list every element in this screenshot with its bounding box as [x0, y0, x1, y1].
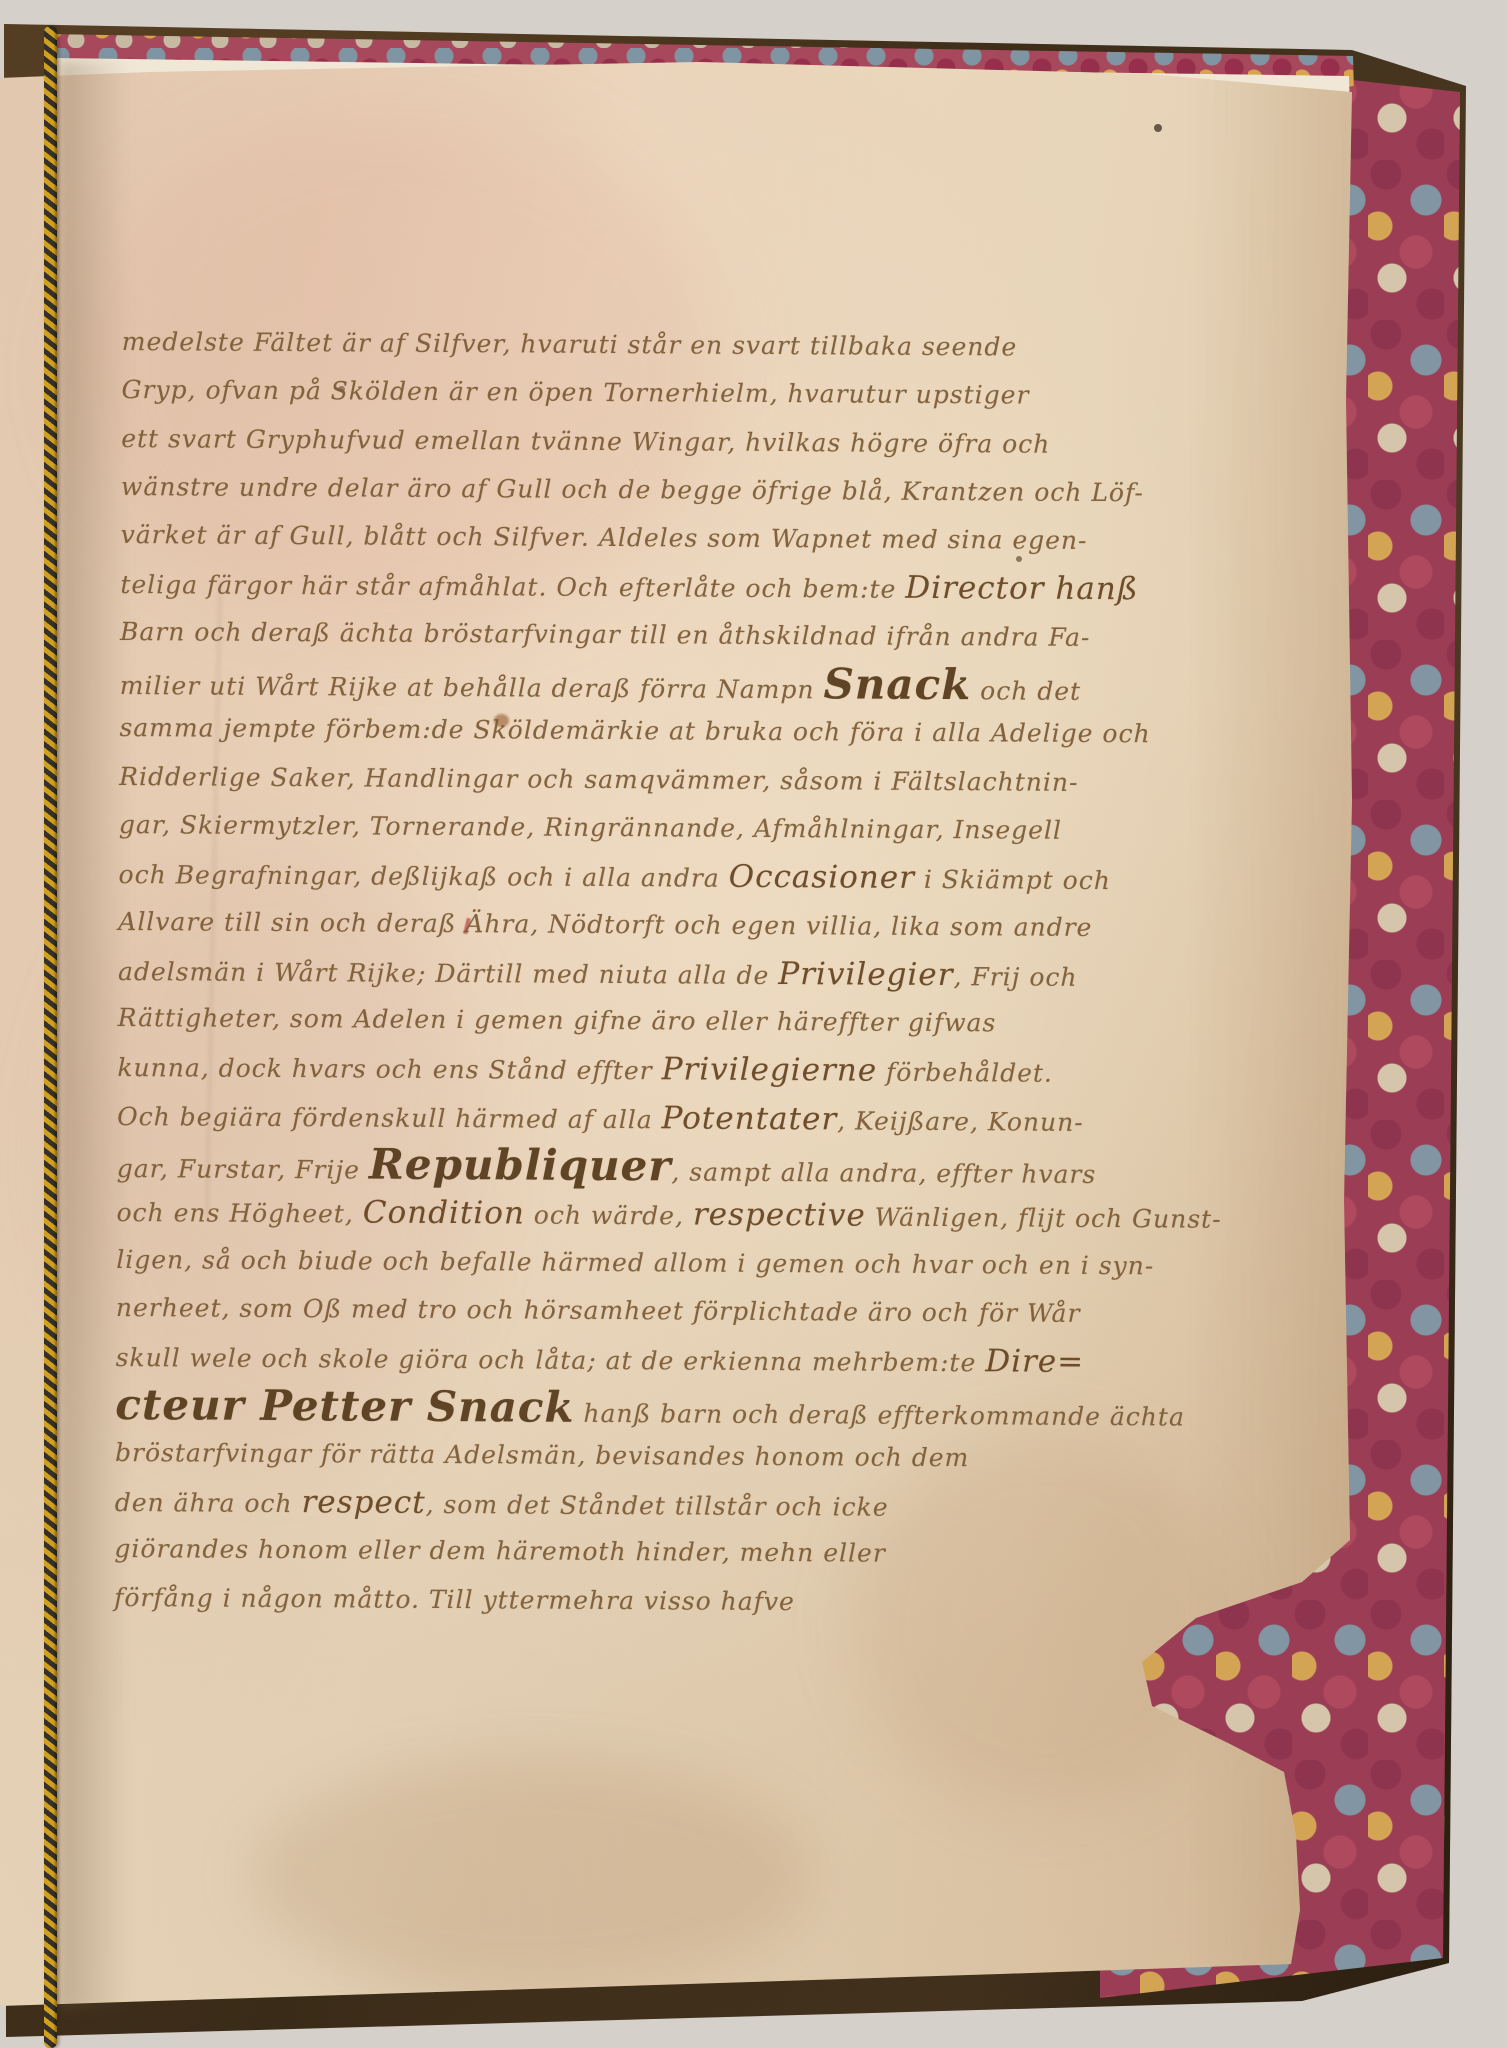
gutter-shadow	[58, 60, 130, 2010]
binding-cord	[44, 26, 57, 2048]
handwritten-text: Wänligen, flijt och Gunst-	[866, 1203, 1222, 1234]
handwritten-text: , sampt alla andra, effter hvars	[671, 1157, 1096, 1189]
handwritten-text: förbehåldet.	[877, 1058, 1053, 1088]
manuscript-line: medelste Fältet är af Silfver, hvaruti s…	[122, 318, 1202, 373]
handwritten-text: förfång i någon måtto. Till yttermehra v…	[114, 1583, 795, 1616]
handwritten-text: wänstre undre delar äro af Gull och de b…	[121, 472, 1144, 507]
handwritten-text: kunna, dock hvars och ens Stånd effter	[117, 1053, 661, 1085]
manuscript-line: bröstarfvingar för rätta Adelsmän, bevis…	[115, 1429, 1195, 1484]
handwritten-text: Allvare till sin och deraß Ähra, Nödtorf…	[118, 907, 1092, 942]
handwritten-text: Ridderlige Saker, Handlingar och samqväm…	[119, 762, 1078, 797]
emphasized-word: Privilegierne	[662, 1052, 878, 1089]
handwritten-text: och wärde,	[525, 1201, 693, 1231]
manuscript-line: giörandes honom eller dem häremoth hinde…	[114, 1525, 1194, 1580]
manuscript-line: Rättigheter, som Adelen i gemen gifne är…	[118, 994, 1198, 1049]
manuscript-line: teliga färgor här står afmåhlat. Och eft…	[120, 559, 1200, 614]
manuscript-line: Allvare till sin och deraß Ähra, Nödtorf…	[118, 898, 1198, 953]
handwritten-text: milier uti Wårt Rijke at behålla deraß f…	[120, 671, 824, 704]
handwritten-text: Rättigheter, som Adelen i gemen gifne är…	[118, 1003, 997, 1037]
manuscript-line: gar, Furstar, Frije Republiquer, sampt a…	[117, 1139, 1197, 1194]
emphasized-word: Director hanß	[905, 570, 1138, 607]
handwritten-text: adelsmän i Wårt Rijke; Därtill med niuta…	[118, 957, 778, 990]
emphasized-word: respect	[301, 1484, 425, 1521]
handwritten-text: och det	[971, 676, 1081, 706]
handwritten-text: medelste Fältet är af Silfver, hvaruti s…	[122, 327, 1018, 361]
handwritten-text: giörandes honom eller dem häremoth hinde…	[114, 1534, 886, 1568]
handwritten-text: Gryp, ofvan på Skölden är en öpen Torner…	[121, 375, 1029, 410]
manuscript-line: och Begrafningar, deßlijkaß och i alla a…	[118, 849, 1198, 904]
manuscript-line: nerheet, som Oß med tro och hörsamheet f…	[116, 1284, 1196, 1339]
handwritten-text: och Begrafningar, deßlijkaß och i alla a…	[119, 860, 729, 893]
manuscript-line: ett svart Gryphufvud emellan tvänne Wing…	[121, 415, 1201, 470]
handwritten-text: den ähra och	[115, 1488, 302, 1518]
manuscript-line: gar, Skiermytzler, Tornerande, Ringränna…	[119, 801, 1199, 856]
manuscript-line: skull wele och skole giöra och låta; at …	[116, 1332, 1196, 1387]
handwritten-text: Och begiära fördenskull härmed af alla	[117, 1102, 662, 1134]
parchment-stain	[250, 1760, 810, 1990]
emphasized-word: cteur Petter Snack	[115, 1380, 574, 1432]
manuscript-line: milier uti Wårt Rijke at behålla deraß f…	[120, 656, 1200, 711]
emphasized-word: respective	[693, 1197, 866, 1234]
handwritten-text: Barn och deraß ächta bröstarfvingar till…	[120, 617, 1091, 652]
emphasized-word: Snack	[823, 659, 971, 709]
manuscript-line: Gryp, ofvan på Skölden är en öpen Torner…	[121, 366, 1201, 421]
manuscript-line: cteur Petter Snack hanß barn och deraß e…	[115, 1381, 1195, 1436]
manuscript-line: Ridderlige Saker, Handlingar och samqväm…	[119, 753, 1199, 808]
handwritten-text: ligen, så och biude och befalle härmed a…	[116, 1245, 1154, 1280]
handwritten-text: bröstarfvingar för rätta Adelsmän, bevis…	[115, 1438, 969, 1472]
emphasized-word: Dire=	[985, 1344, 1084, 1381]
handwritten-text: hanß barn och deraß effterkommande ächta	[574, 1398, 1185, 1431]
emphasized-word: Potentater	[661, 1100, 837, 1137]
handwritten-text: , Frij och	[953, 962, 1077, 992]
manuscript-line: förfång i någon måtto. Till yttermehra v…	[114, 1574, 1194, 1629]
handwritten-text: skull wele och skole giöra och låta; at …	[116, 1343, 986, 1377]
manuscript-line: samma jempte förbem:de Sköldemärkie at b…	[119, 704, 1199, 759]
ink-blot	[1154, 124, 1162, 132]
manuscript-line: Barn och deraß ächta bröstarfvingar till…	[120, 608, 1200, 663]
manuscript-line: wänstre undre delar äro af Gull och de b…	[121, 463, 1201, 518]
manuscript-line: den ähra och respect, som det Ståndet ti…	[115, 1477, 1195, 1532]
handwritten-text: , Keijßare, Konun-	[837, 1106, 1084, 1137]
emphasized-word: Republiquer	[369, 1140, 672, 1191]
handwritten-text: , som det Ståndet tillstår och icke	[426, 1490, 889, 1522]
manuscript-line: adelsmän i Wårt Rijke; Därtill med niuta…	[118, 946, 1198, 1001]
handwritten-text: och ens Högheet,	[116, 1198, 362, 1229]
handwritten-text: samma jempte förbem:de Sköldemärkie at b…	[119, 713, 1150, 748]
handwritten-text: värket är af Gull, blått och Silfver. Al…	[121, 520, 1088, 555]
manuscript-line: och ens Högheet, Condition och wärde, re…	[116, 1187, 1196, 1242]
manuscript-line: Och begiära fördenskull härmed af alla P…	[117, 1091, 1197, 1146]
manuscript-line: värket är af Gull, blått och Silfver. Al…	[121, 511, 1201, 566]
emphasized-word: Condition	[363, 1195, 525, 1232]
photo-backdrop: medelste Fältet är af Silfver, hvaruti s…	[0, 0, 1507, 2048]
manuscript-line: ligen, så och biude och befalle härmed a…	[116, 1236, 1196, 1291]
handwritten-text: teliga färgor här står afmåhlat. Och eft…	[120, 570, 905, 604]
emphasized-word: Privilegier	[778, 956, 953, 993]
handwritten-text: ett svart Gryphufvud emellan tvänne Wing…	[121, 424, 1050, 459]
manuscript-text: medelste Fältet är af Silfver, hvaruti s…	[114, 318, 1202, 1629]
handwritten-text: i Skiämpt och	[915, 865, 1111, 895]
handwritten-text: gar, Furstar, Frije	[117, 1154, 369, 1185]
emphasized-word: Occasioner	[729, 859, 915, 896]
manuscript-line: kunna, dock hvars och ens Stånd effter P…	[117, 1042, 1197, 1097]
handwritten-text: nerheet, som Oß med tro och hörsamheet f…	[116, 1293, 1081, 1328]
handwritten-text: gar, Skiermytzler, Tornerande, Ringränna…	[119, 810, 1062, 845]
